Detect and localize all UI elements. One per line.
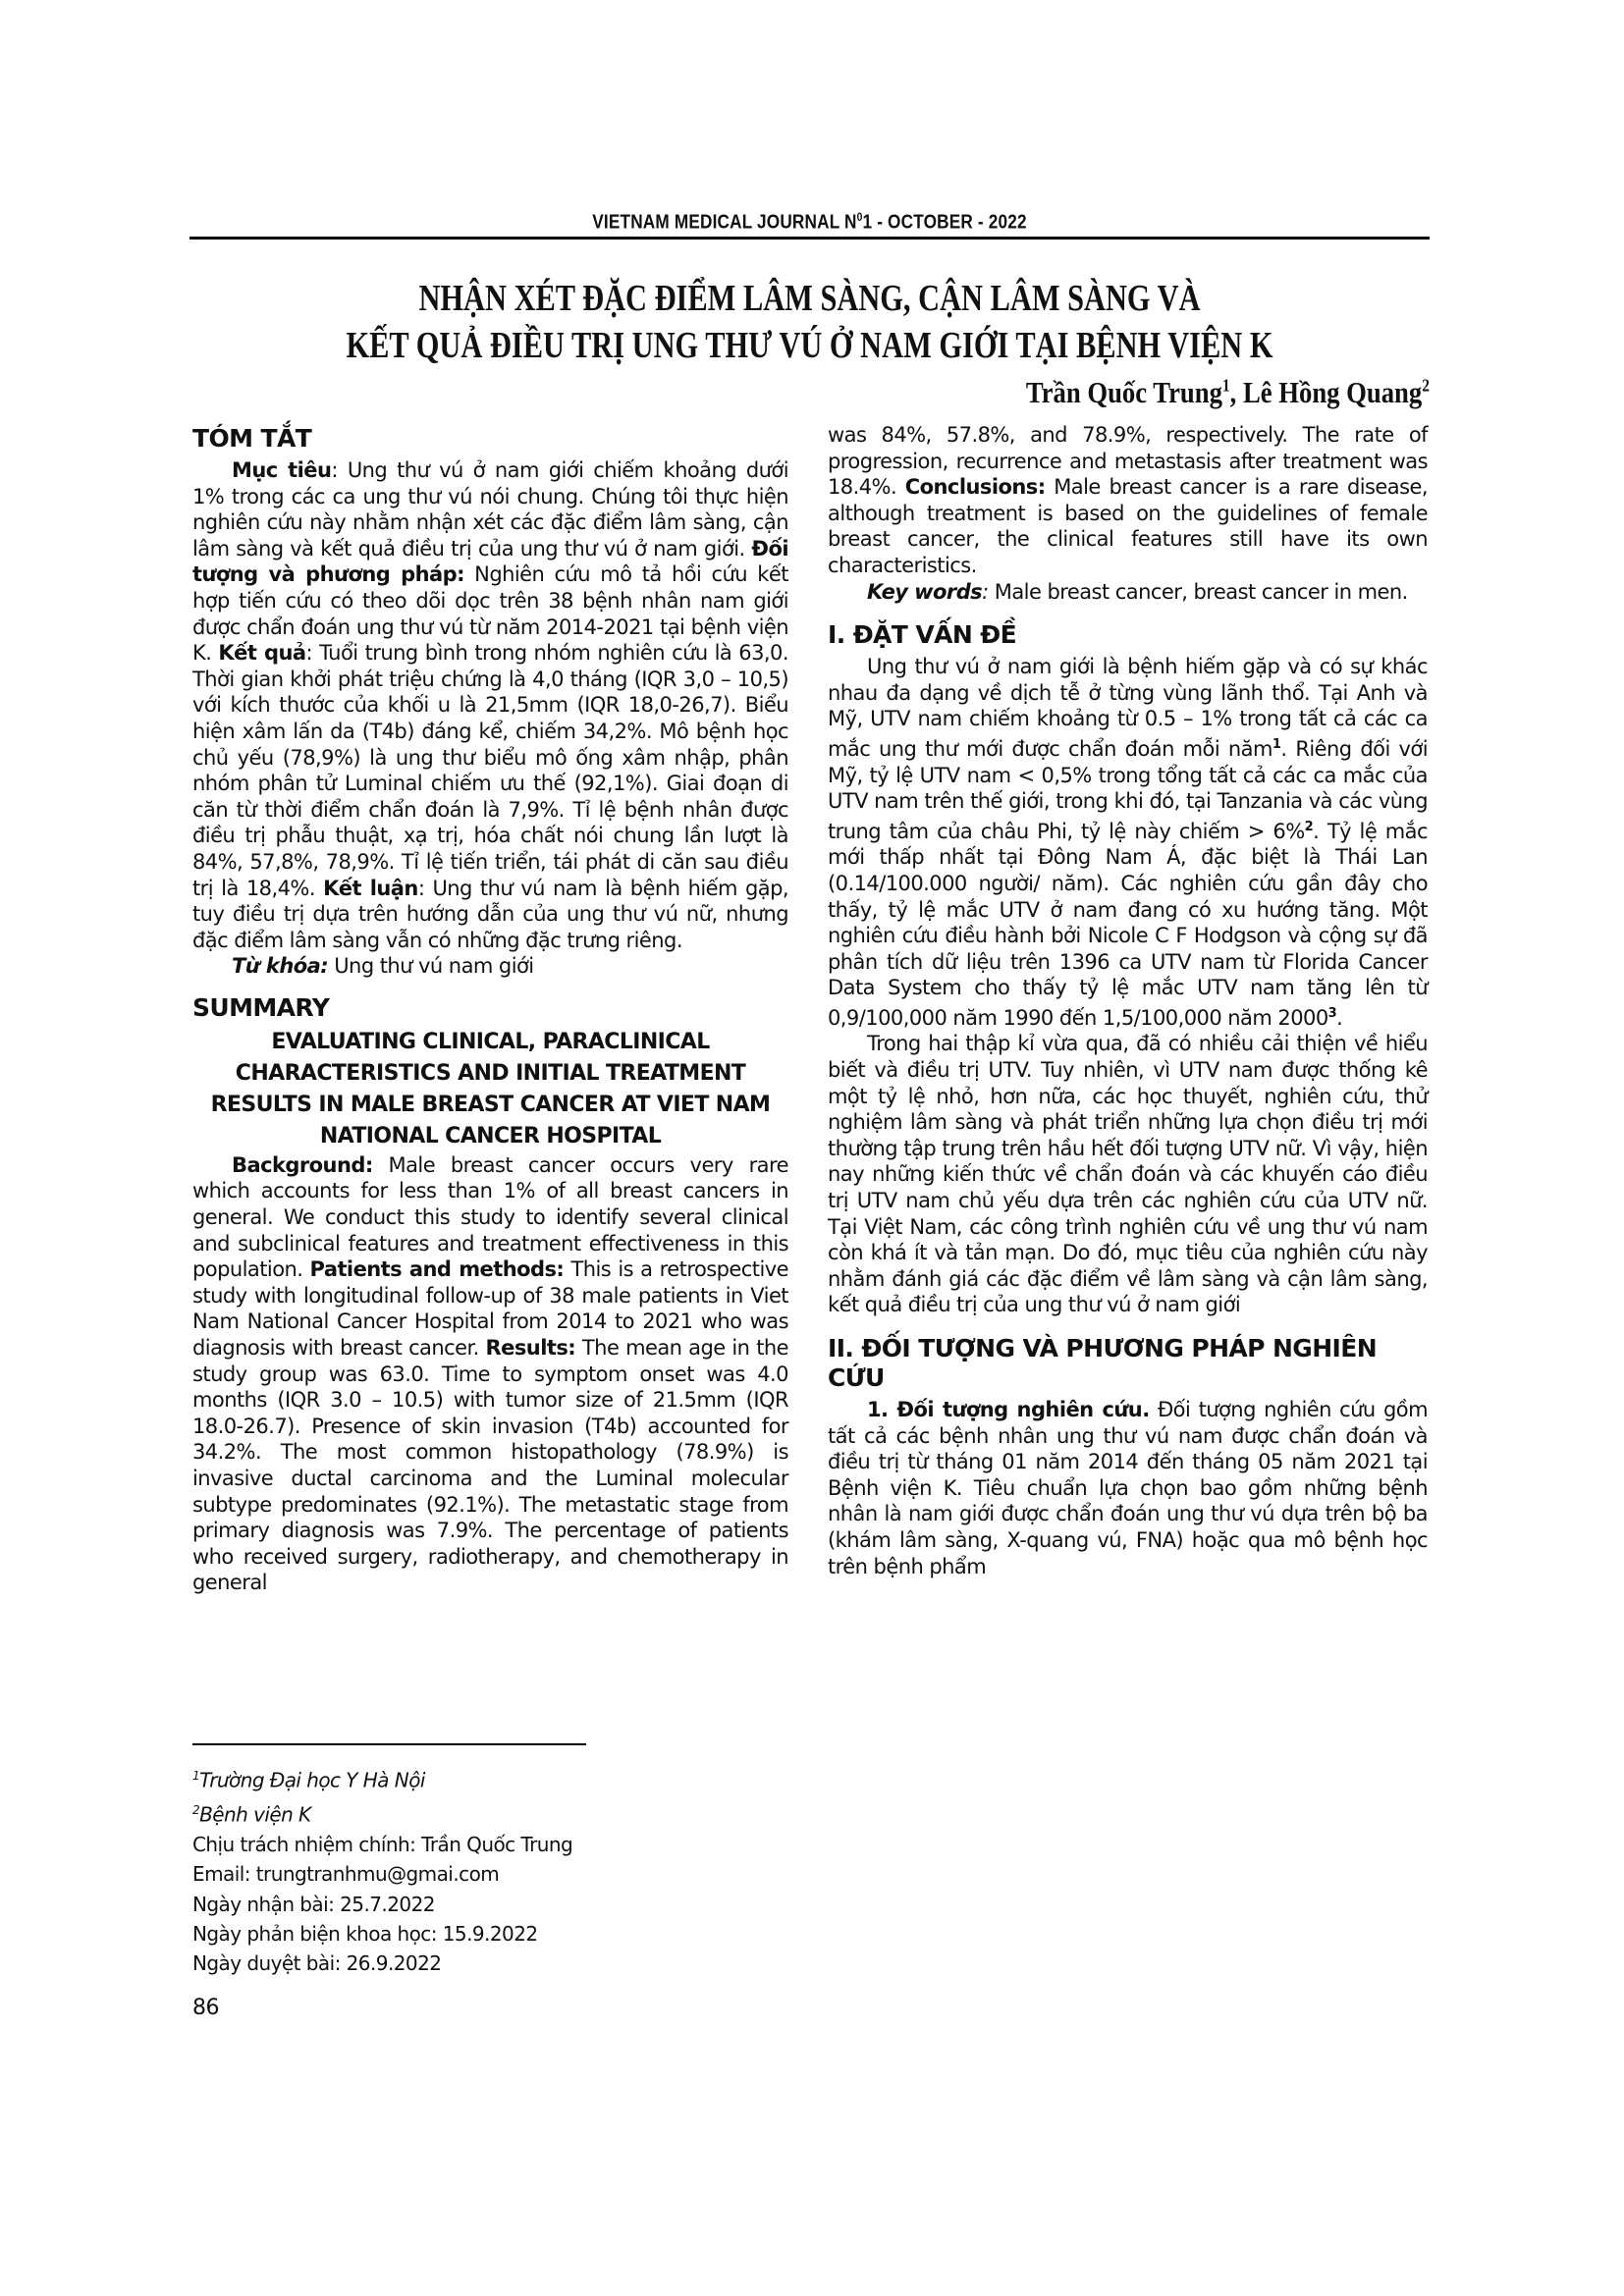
results-label: Kết quả	[218, 641, 305, 665]
author-affiliation-mark: 2	[1422, 376, 1430, 396]
abstract-en-body: Background: Male breast cancer occurs ve…	[192, 1152, 788, 1596]
english-title: EVALUATING CLINICAL, PARACLINICAL CHARAC…	[192, 1027, 788, 1152]
page-number: 86	[192, 1996, 219, 2020]
affiliation-1: 1Trường Đại học Y Hà Nội	[192, 1761, 742, 1795]
keywords-vi-label: Từ khóa:	[232, 954, 328, 978]
section-2-heading: II. ĐỐI TƯỢNG VÀ PHƯƠNG PHÁP NGHIÊN CỨU	[828, 1334, 1428, 1393]
conclusion-label: Kết luận	[323, 877, 418, 900]
article-title-line-1: NHẬN XÉT ĐẶC ĐIỂM LÂM SÀNG, CẬN LÂM SÀNG…	[313, 275, 1305, 322]
summary-heading: SUMMARY	[192, 993, 788, 1023]
footnotes: 1Trường Đại học Y Hà Nội 2Bệnh viện K Ch…	[192, 1761, 742, 1978]
date-received: Ngày nhận bài: 25.7.2022	[192, 1890, 742, 1919]
citation-3: 3	[1328, 1006, 1337, 1021]
section-2-subsection-1: 1. Đối tượng nghiên cứu. Đối tượng nghiê…	[828, 1397, 1428, 1579]
results-en-text: The mean age in the study group was 63.0…	[192, 1336, 788, 1594]
subsection-1-label: 1. Đối tượng nghiên cứu.	[867, 1398, 1150, 1421]
section-1-paragraph-1: Ung thư vú ở nam giới là bệnh hiếm gặp v…	[828, 654, 1428, 1031]
conclusions-en-label: Conclusions:	[905, 475, 1046, 499]
results-text: : Tuổi trung bình trong nhóm nghiên cứu …	[192, 641, 788, 899]
results-en-label: Results:	[486, 1336, 576, 1360]
running-header-suffix: 1 - OCTOBER - 2022	[863, 212, 1027, 234]
affiliation-1-text: Trường Đại học Y Hà Nội	[199, 1769, 425, 1792]
date-reviewed: Ngày phản biện khoa học: 15.9.2022	[192, 1919, 742, 1949]
journal-page: VIETNAM MEDICAL JOURNAL N01 - OCTOBER - …	[0, 0, 1624, 2296]
right-column: was 84%, 57.8%, and 78.9%, respectively.…	[828, 422, 1428, 1579]
subsection-1-text: Đối tượng nghiên cứu gồm tất cả các bệnh…	[828, 1398, 1428, 1578]
running-header: VIETNAM MEDICAL JOURNAL N01 - OCTOBER - …	[276, 210, 1342, 235]
citation-2: 2	[1305, 820, 1314, 834]
authors: Trần Quốc Trung1, Lê Hồng Quang2	[1026, 375, 1430, 410]
article-title: NHẬN XÉT ĐẶC ĐIỂM LÂM SÀNG, CẬN LÂM SÀNG…	[189, 275, 1430, 369]
author-separator: ,	[1230, 375, 1243, 409]
header-rule	[189, 237, 1430, 240]
left-column: TÓM TẮT Mục tiêu: Ung thư vú ở nam giới …	[192, 424, 788, 1596]
patients-methods-label: Patients and methods:	[310, 1257, 565, 1281]
article-title-line-2: KẾT QUẢ ĐIỀU TRỊ UNG THƯ VÚ Ở NAM GIỚI T…	[313, 322, 1305, 369]
keywords-en: Key words: Male breast cancer, breast ca…	[828, 579, 1428, 606]
affiliation-2-text: Bệnh viện K	[199, 1803, 311, 1827]
author-name: Lê Hồng Quang	[1243, 375, 1422, 409]
keywords-vi: Từ khóa: Ung thư vú nam giới	[192, 953, 788, 980]
background-label: Background:	[232, 1153, 373, 1177]
keywords-en-text: Male breast cancer, breast cancer in men…	[989, 580, 1408, 604]
keywords-vi-text: Ung thư vú nam giới	[328, 954, 533, 978]
abstract-vi-body: Mục tiêu: Ung thư vú ở nam giới chiếm kh…	[192, 457, 788, 953]
section-1-text-d: .	[1336, 1006, 1342, 1030]
corresponding-author: Chịu trách nhiệm chính: Trần Quốc Trung	[192, 1830, 742, 1859]
affiliation-2: 2Bệnh viện K	[192, 1795, 742, 1830]
section-1-text-c: . Tỷ lệ mắc mới thấp nhất tại Đông Nam Á…	[828, 820, 1428, 1030]
keywords-en-label: Key words	[867, 580, 982, 604]
abstract-vi-heading: TÓM TẮT	[192, 424, 788, 454]
corresponding-email: Email: trungtranhmu@gmai.com	[192, 1859, 742, 1889]
footnote-rule	[192, 1743, 586, 1745]
abstract-en-continued: was 84%, 57.8%, and 78.9%, respectively.…	[828, 422, 1428, 579]
objective-label: Mục tiêu	[232, 458, 331, 482]
section-1-heading: I. ĐẶT VẤN ĐỀ	[828, 620, 1428, 650]
author-affiliation-mark: 1	[1222, 376, 1230, 396]
running-header-prefix: VIETNAM MEDICAL JOURNAL N	[592, 212, 856, 234]
author-name: Trần Quốc Trung	[1026, 375, 1222, 409]
section-1-paragraph-2: Trong hai thập kỉ vừa qua, đã có nhiều c…	[828, 1031, 1428, 1318]
date-accepted: Ngày duyệt bài: 26.9.2022	[192, 1949, 742, 1978]
